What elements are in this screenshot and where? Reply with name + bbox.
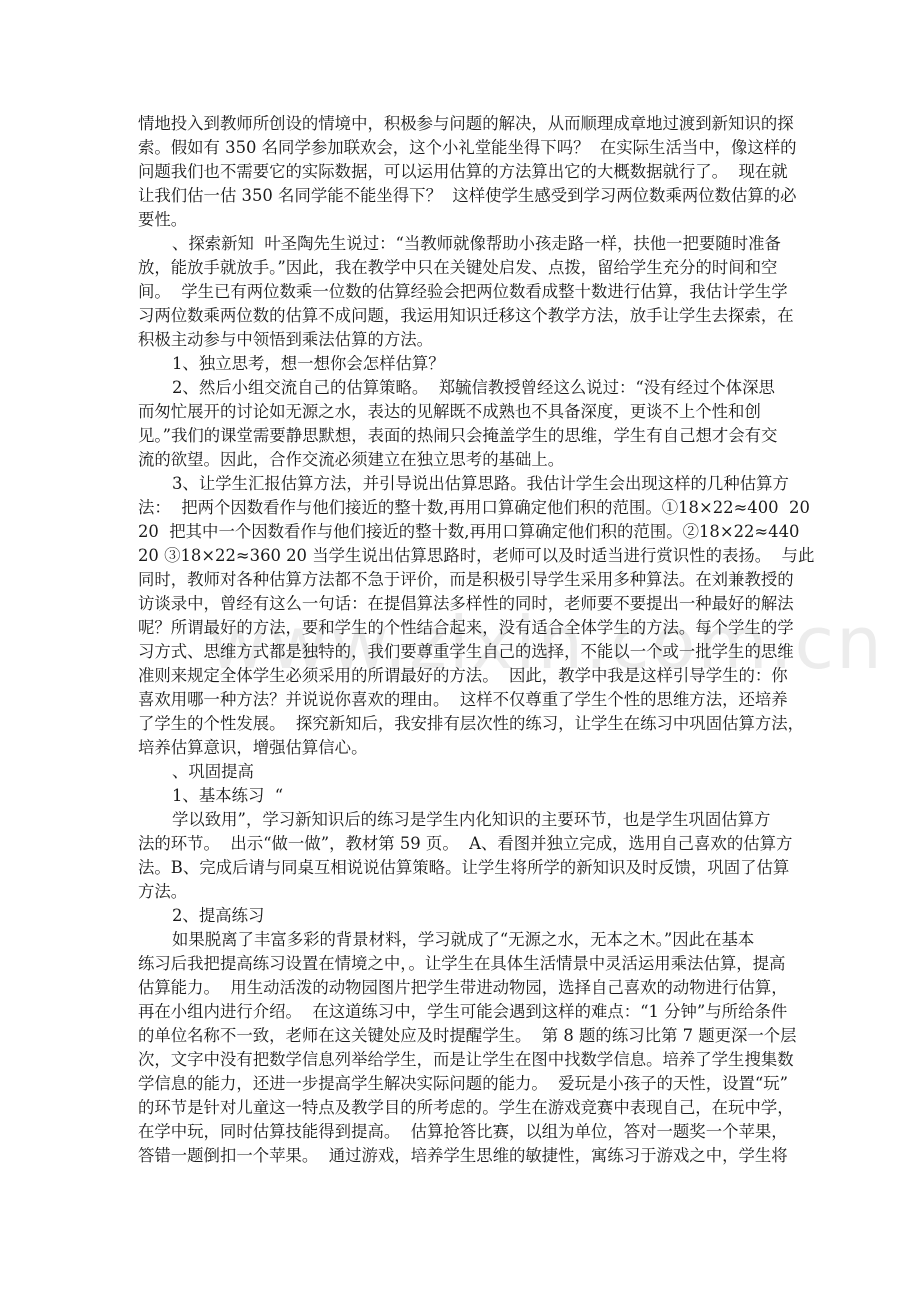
text-line: 如果脱离了丰富多彩的背景材料，学习就成了“无源之水，无本之木。”因此在基本 <box>138 928 788 952</box>
document-body: 情地投入到教师所创设的情境中，积极参与问题的解决，从而顺理成章地过渡到新知识的探… <box>138 112 788 1168</box>
text-line: 而匆忙展开的讨论如无源之水，表达的见解既不成熟也不具备深度，更谈不上个性和创 <box>138 400 788 424</box>
text-line: 培养估算意识，增强估算信心。 <box>138 736 788 760</box>
text-line: 访谈录中，曾经有这么一句话：在提倡算法多样性的同时，老师要不要提出一种最好的解法 <box>138 592 788 616</box>
text-line: 要性。 <box>138 208 788 232</box>
text-line: 让我们估一估 350 名同学能不能坐得下？ 这样使学生感受到学习两位数乘两位数估… <box>138 184 788 208</box>
text-line: 20 把其中一个因数看作与他们接近的整十数,再用口算确定他们积的范围。②18×2… <box>138 520 788 544</box>
text-line: 2、提高练习 <box>138 904 788 928</box>
text-line: 准则来规定全体学生必须采用的所谓最好的方法。 因此，教学中我是这样引导学生的：你 <box>138 664 788 688</box>
text-line: 法： 把两个因数看作与他们接近的整十数,再用口算确定他们积的范围。①18×22≈… <box>138 496 788 520</box>
text-line: 索。假如有 350 名同学参加联欢会，这个小礼堂能坐得下吗？ 在实际生活当中，像… <box>138 136 788 160</box>
text-line: 练习后我把提高练习设置在情境之中，。让学生在具体生活情景中灵活运用乘法估算，提高 <box>138 952 788 976</box>
text-line: 3、让学生汇报估算方法，并引导说出估算思路。我估计学生会出现这样的几种估算方 <box>138 472 788 496</box>
text-line: 积极主动参与中领悟到乘法估算的方法。 <box>138 328 788 352</box>
text-line: 再在小组内进行介绍。 在这道练习中，学生可能会遇到这样的难点：“1 分钟”与所给… <box>138 1000 788 1024</box>
text-line: 学信息的能力，还进一步提高学生解决实际问题的能力。 爱玩是小孩子的天性，设置“玩… <box>138 1072 788 1096</box>
text-line: 、巩固提高 <box>138 760 788 784</box>
text-line: 放，能放手就放手。”因此，我在教学中只在关键处启发、点拨，留给学生充分的时间和空 <box>138 256 788 280</box>
text-line: 方法。 <box>138 880 788 904</box>
text-line: 1、基本练习 “ <box>138 784 788 808</box>
text-line: 法的环节。 出示“做一做”，教材第 59 页。 A、看图并独立完成，选用自己喜欢… <box>138 832 788 856</box>
text-line: 问题我们也不需要它的实际数据，可以运用估算的方法算出它的大概数据就行了。 现在就 <box>138 160 788 184</box>
text-line: 在学中玩，同时估算技能得到提高。 估算抢答比赛，以组为单位，答对一题奖一个苹果， <box>138 1120 788 1144</box>
text-line: 的单位名称不一致，老师在这关键处应及时提醒学生。 第 8 题的练习比第 7 题更… <box>138 1024 788 1048</box>
text-line: 了学生的个性发展。 探究新知后，我安排有层次性的练习，让学生在练习中巩固估算方法… <box>138 712 788 736</box>
document-page: www.zixin.com.cn 情地投入到教师所创设的情境中，积极参与问题的解… <box>0 0 920 1302</box>
text-line: 同时，教师对各种估算方法都不急于评价，而是积极引导学生采用多种算法。在刘兼教授的 <box>138 568 788 592</box>
text-line: 间。 学生已有两位数乘一位数的估算经验会把两位数看成整十数进行估算，我估计学生学 <box>138 280 788 304</box>
text-line: 见。”我们的课堂需要静思默想，表面的热闹只会掩盖学生的思维，学生有自己想才会有交 <box>138 424 788 448</box>
text-line: 学以致用”，学习新知识后的练习是学生内化知识的主要环节，也是学生巩固估算方 <box>138 808 788 832</box>
text-line: 估算能力。 用生动活泼的动物园图片把学生带进动物园，选择自己喜欢的动物进行估算， <box>138 976 788 1000</box>
text-line: 习方式、思维方式都是独特的，我们要尊重学生自己的选择，不能以一个或一批学生的思维 <box>138 640 788 664</box>
text-line: 流的欲望。因此，合作交流必须建立在独立思考的基础上。 <box>138 448 788 472</box>
text-line: 1、独立思考，想一想你会怎样估算？ <box>138 352 788 376</box>
text-line: 20 ③18×22≈360 20 当学生说出估算思路时，老师可以及时适当进行赏识… <box>138 544 788 568</box>
text-line: 情地投入到教师所创设的情境中，积极参与问题的解决，从而顺理成章地过渡到新知识的探 <box>138 112 788 136</box>
text-line: 2、然后小组交流自己的估算策略。 郑毓信教授曾经这么说过：“没有经过个体深思 <box>138 376 788 400</box>
text-line: 法。B、完成后请与同桌互相说说估算策略。让学生将所学的新知识及时反馈，巩固了估算 <box>138 856 788 880</box>
text-line: 、探索新知 叶圣陶先生说过：“当教师就像帮助小孩走路一样，扶他一把要随时准备 <box>138 232 788 256</box>
text-line: 答错一题倒扣一个苹果。 通过游戏，培养学生思维的敏捷性，寓练习于游戏之中，学生将 <box>138 1144 788 1168</box>
text-line: 习两位数乘两位数的估算不成问题，我运用知识迁移这个教学方法，放手让学生去探索，在 <box>138 304 788 328</box>
text-line: 次，文字中没有把数学信息列举给学生，而是让学生在图中找数学信息。培养了学生搜集数 <box>138 1048 788 1072</box>
text-line: 喜欢用哪一种方法？并说说你喜欢的理由。 这样不仅尊重了学生个性的思维方法，还培养 <box>138 688 788 712</box>
text-line: 呢？所谓最好的方法，要和学生的个性结合起来，没有适合全体学生的方法。每个学生的学 <box>138 616 788 640</box>
text-line: 的环节是针对儿童这一特点及教学目的所考虑的。学生在游戏竞赛中表现自己，在玩中学， <box>138 1096 788 1120</box>
